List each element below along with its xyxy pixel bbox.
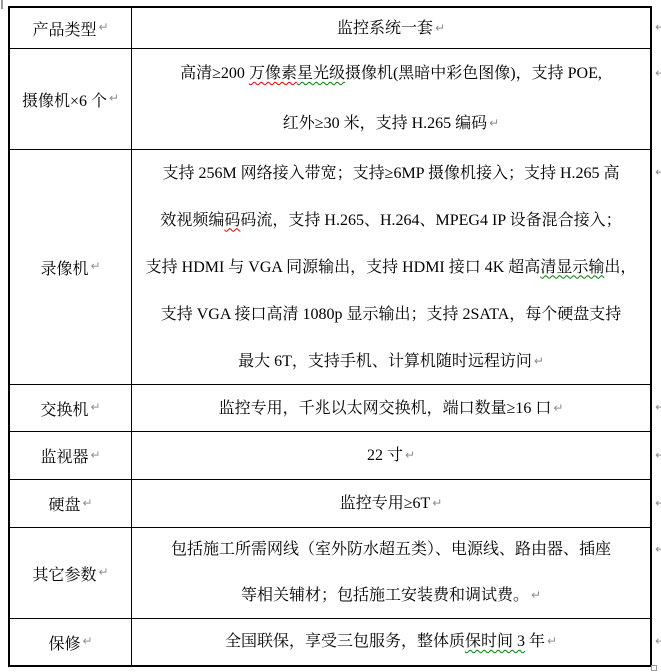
cell-end-mark-icon: ↵ [489,116,499,130]
label-text: 硬盘 [48,492,80,515]
value-cell-other-params[interactable]: 包括施工所需网线（室外防水超五类）、电源线、路由器、插座等相关辅材；包括施工安装… [132,528,650,618]
label-cell-camera[interactable]: 摄像机×6 个↵ [10,49,132,149]
table-row-camera: 摄像机×6 个↵高清≥200 万像素星光级摄像机(黑暗中彩色图像)，支持 POE… [10,49,650,150]
cell-end-mark-icon: ↵ [547,634,557,648]
label-cell-other-params[interactable]: 其它参数↵ [10,528,132,618]
value-line: 高清≥200 万像素星光级摄像机(黑暗中彩色图像)，支持 POE, [132,49,650,99]
value-text: 码流，支持 H.265、H.264、MPEG4 IP 设备混合接入； [240,212,621,229]
row-end-mark-icon: ↵ [655,449,661,461]
row-end-mark-icon: ↵ [655,401,661,413]
cell-end-mark-icon: ↵ [534,354,544,368]
value-text: 高清≥200 [180,65,249,82]
cell-end-mark-icon: ↵ [90,449,100,461]
value-line: 最大 6T，支持手机、计算机随时远程访问↵ [132,338,650,385]
value-line: 22 寸↵ [132,434,650,478]
value-line: 包括施工所需网线（室外防水超五类）、电源线、路由器、插座 [132,528,650,573]
row-end-mark-icon: ↵ [655,635,661,647]
label-text: 保修 [48,631,80,654]
spellcheck-red-underline: 万像素 [249,65,297,82]
label-text: 产品类型 [32,17,96,40]
cut-off-formatting-mark [1,0,3,9]
value-text: 支持 HDMI 与 VGA 同源输出，支持 HDMI 接口 4K 超高 [146,259,541,276]
value-text: 效视频编 [160,212,224,229]
row-end-mark-icon: ↵ [655,67,661,79]
cell-end-mark-icon: ↵ [531,588,541,602]
value-cell-warranty[interactable]: 全国联保，享受三包服务，整体质保时间 3 年↵ [132,619,650,665]
spec-table: 产品类型↵监控系统一套↵摄像机×6 个↵高清≥200 万像素星光级摄像机(黑暗中… [8,6,652,667]
value-line: 效视频编码码流，支持 H.265、H.264、MPEG4 IP 设备混合接入； [132,197,650,244]
end-of-table-paragraph-mark [651,665,657,671]
value-text: 22 寸 [367,447,403,464]
label-cell-switch[interactable]: 交换机↵ [10,385,132,431]
cell-end-mark-icon: ↵ [90,401,100,413]
cell-end-mark-icon: ↵ [90,260,100,272]
value-line: 监控专用，千兆以太网交换机，端口数量≥16 口↵ [132,387,650,430]
value-cell-recorder[interactable]: 支持 256M 网络接入带宽；支持≥6MP 摄像机接入；支持 H.265 高效视… [132,150,650,384]
cell-end-mark-icon: ↵ [405,448,415,462]
table-row-recorder: 录像机↵支持 256M 网络接入带宽；支持≥6MP 摄像机接入；支持 H.265… [10,150,650,385]
value-line: 支持 VGA 接口高清 1080p 显示输出；支持 2SATA，每个硬盘支持 [132,291,650,338]
spellcheck-red-underline: 码 [224,212,240,229]
value-text: 包括施工所需网线（室外防水超五类）、电源线、路由器、插座 [171,541,611,558]
value-text: 支持 VGA 接口高清 1080p 显示输出；支持 2SATA，每个硬盘支持 [161,306,622,323]
table-row-product-type: 产品类型↵监控系统一套↵ [10,8,650,49]
value-cell-camera[interactable]: 高清≥200 万像素星光级摄像机(黑暗中彩色图像)，支持 POE,红外≥30 米… [132,49,650,149]
table-row-monitor: 监视器↵22 寸↵ [10,432,650,480]
cell-end-mark-icon: ↵ [432,496,442,510]
value-line: 全国联保，享受三包服务，整体质保时间 3 年↵ [132,621,650,663]
cell-end-mark-icon: ↵ [82,635,92,647]
table-row-warranty: 保修↵全国联保，享受三包服务，整体质保时间 3 年↵ [10,619,650,665]
value-text: 支持 256M 网络接入带宽；支持≥6MP 摄像机接入；支持 H.265 高 [162,165,619,182]
table-row-hard-disk: 硬盘↵监控专用≥6T↵ [10,480,650,528]
label-cell-hard-disk[interactable]: 硬盘↵ [10,480,132,527]
value-text: 监控专用，千兆以太网交换机，端口数量≥16 口 [219,400,552,417]
cell-end-mark-icon: ↵ [109,92,119,104]
value-text: 等相关辅材；包括施工安装费和调试费。 [241,587,529,604]
value-line: 红外≥30 米，支持 H.265 编码↵ [132,99,650,149]
value-text: 全国联保，享受三包服务，整体质 [225,633,465,650]
value-text: 最大 6T，支持手机、计算机随时远程访问 [238,353,532,370]
value-text: 监控系统一套 [337,20,433,37]
value-cell-monitor[interactable]: 22 寸↵ [132,432,650,479]
word-document-canvas: { "document": { "kind": "word-table", "l… [0,0,661,672]
value-cell-product-type[interactable]: 监控系统一套↵ [132,8,650,48]
grammar-green-underline: 保时间 3 [465,633,525,650]
value-cell-switch[interactable]: 监控专用，千兆以太网交换机，端口数量≥16 口↵ [132,385,650,431]
label-cell-monitor[interactable]: 监视器↵ [10,432,132,479]
label-text: 摄像机×6 个 [22,88,107,111]
value-text: 年 [525,633,545,650]
value-text: 红外≥30 米，支持 H.265 编码 [283,115,487,132]
value-line: 监控系统一套↵ [132,8,650,48]
row-end-mark-icon: ↵ [655,497,661,509]
label-text: 录像机 [40,256,88,279]
row-end-mark-icon: ↵ [655,543,661,555]
row-end-mark-icon: ↵ [655,21,661,33]
label-cell-warranty[interactable]: 保修↵ [10,619,132,665]
label-cell-recorder[interactable]: 录像机↵ [10,150,132,384]
label-text: 其它参数 [32,562,96,585]
label-cell-product-type[interactable]: 产品类型↵ [10,8,132,48]
value-line: 监控专用≥6T↵ [132,482,650,526]
row-end-mark-icon: ↵ [655,166,661,178]
value-line: 等相关辅材；包括施工安装费和调试费。↵ [132,573,650,618]
cell-end-mark-icon: ↵ [98,566,108,578]
value-text: 监控专用≥6T [340,495,431,512]
label-text: 监视器 [40,444,88,467]
cell-end-mark-icon: ↵ [98,21,108,33]
grammar-green-underline: 星光级 [297,65,345,82]
value-cell-hard-disk[interactable]: 监控专用≥6T↵ [132,480,650,527]
table-row-other-params: 其它参数↵包括施工所需网线（室外防水超五类）、电源线、路由器、插座等相关辅材；包… [10,528,650,619]
value-text: 出， [604,259,636,276]
cell-end-mark-icon: ↵ [82,497,92,509]
value-line: 支持 256M 网络接入带宽；支持≥6MP 摄像机接入；支持 H.265 高 [132,150,650,197]
grammar-green-underline: 清显示输 [540,259,604,276]
cell-end-mark-icon: ↵ [553,401,563,415]
value-line: 支持 HDMI 与 VGA 同源输出，支持 HDMI 接口 4K 超高清显示输出… [132,244,650,291]
value-text: 摄像机(黑暗中彩色图像)，支持 POE, [345,65,602,82]
cell-end-mark-icon: ↵ [435,21,445,35]
label-text: 交换机 [40,397,88,420]
table-row-switch: 交换机↵监控专用，千兆以太网交换机，端口数量≥16 口↵ [10,385,650,432]
